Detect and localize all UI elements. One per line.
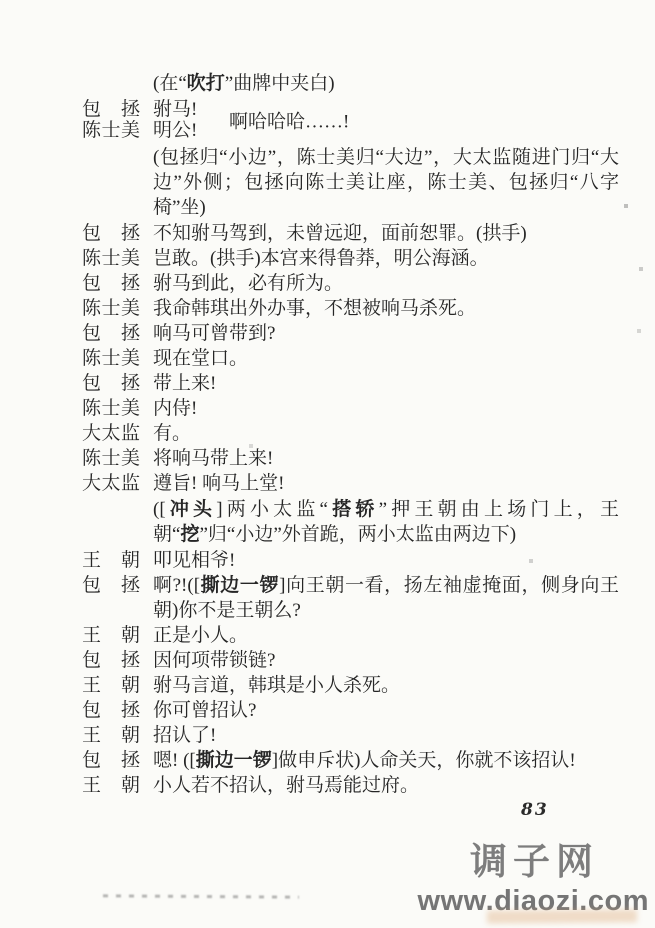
speaker-name: 陈士美 — [82, 120, 140, 141]
line-text: 将响马带上来! — [153, 446, 619, 471]
speaker-name: 陈士美 — [82, 396, 140, 421]
dialogue-line: 陈士美现在堂口。 — [0, 346, 655, 371]
line-text: 有。 — [153, 421, 619, 446]
scanned-script-page: (在“吹打”曲牌中夹白) 包拯 驸马! 陈士美 明公! 啊哈哈哈……! (包拯归… — [0, 0, 655, 928]
watermark-site-url: www.diaozi.com — [417, 886, 649, 916]
line-text: 啊?!([撕边一锣]向王朝一看，扬左袖虚掩面，侧身向王朝)你不是王朝么? — [153, 573, 619, 623]
line-text: 嗯! ([撕边一锣]做申斥状)人命关天，你就不该招认! — [153, 748, 619, 773]
line-text: 正是小人。 — [153, 623, 619, 648]
dialogue-line: 陈士美将响马带上来! — [0, 446, 655, 471]
speaker-name: 包拯 — [82, 321, 140, 346]
dialogue-line: 大太监有。 — [0, 421, 655, 446]
joint-exclamation: 啊哈哈哈……! — [229, 107, 349, 134]
opening-direction-container: (在“吹打”曲牌中夹白) — [0, 71, 655, 96]
line-text: (在“吹打”曲牌中夹白) — [153, 71, 619, 96]
scan-specks — [0, 0, 2, 2]
dialogue-line: 王朝招认了! — [0, 723, 655, 748]
dialogue-line: 王朝正是小人。 — [0, 623, 655, 648]
dialogue-line: 大太监遵旨! 响马上堂! — [0, 471, 655, 496]
dialogue-line: 包拯响马可曾带到? — [0, 321, 655, 346]
dialogue-line: 包拯啊?!([撕边一锣]向王朝一看，扬左袖虚掩面，侧身向王朝)你不是王朝么? — [0, 573, 655, 623]
line-text: 不知驸马驾到，未曾远迎，面前恕罪。(拱手) — [153, 221, 619, 246]
speaker-name: 王朝 — [82, 623, 140, 648]
watermark-site-name: 调子网 — [417, 843, 599, 882]
speaker-name: 大太监 — [82, 421, 140, 446]
line-text: 小人若不招认，驸马焉能过府。 — [153, 773, 619, 798]
speaker-name: 包拯 — [82, 648, 140, 673]
speaker-name: 包拯 — [82, 573, 140, 598]
dialogue-line: 王朝小人若不招认，驸马焉能过府。 — [0, 773, 655, 798]
speaker-name: 陈士美 — [82, 346, 140, 371]
line-text: 我命韩琪出外办事，不想被响马杀死。 — [153, 296, 619, 321]
speaker-name: 王朝 — [82, 673, 140, 698]
speaker-name: 包拯 — [82, 371, 140, 396]
line-text: 响马可曾带到? — [153, 321, 619, 346]
line-text: 现在堂口。 — [153, 346, 619, 371]
dialogue-line: 王朝叩见相爷! — [0, 548, 655, 573]
dialogue-line: 包拯带上来! — [0, 371, 655, 396]
watermark: 调子网 www.diaozi.com — [417, 843, 649, 916]
scan-artifact-line — [103, 894, 299, 898]
script-body: (包拯归“小边”，陈士美归“大边”，大太监随进门归“大边”外侧；包拯向陈士美让座… — [0, 145, 655, 798]
speaker-name: 包拯 — [82, 748, 140, 773]
duet-block: 包拯 驸马! 陈士美 明公! 啊哈哈哈……! — [0, 99, 655, 141]
speaker-name: 包拯 — [82, 271, 140, 296]
dialogue-line: 包拯因何项带锁链? — [0, 648, 655, 673]
line-text: 遵旨! 响马上堂! — [153, 471, 619, 496]
line-text: 驸马到此，必有所为。 — [153, 271, 619, 296]
line-text: 岂敢。(拱手)本宫来得鲁莽，明公海涵。 — [153, 246, 619, 271]
speaker-name: 包拯 — [82, 221, 140, 246]
line-text: ([冲头]两小太监“搭轿”押王朝由上场门上，王朝“挖”归“小边”外首跪，两小太监… — [153, 497, 619, 547]
speaker-name: 包拯 — [82, 698, 140, 723]
stage-direction: (包拯归“小边”，陈士美归“大边”，大太监随进门归“大边”外侧；包拯向陈士美让座… — [0, 145, 655, 220]
line-text: 驸马! — [153, 99, 197, 120]
line-text: 带上来! — [153, 371, 619, 396]
speaker-name: 陈士美 — [82, 446, 140, 471]
speaker-name: 大太监 — [82, 471, 140, 496]
speaker-name: 包拯 — [82, 99, 140, 120]
line-text: (包拯归“小边”，陈士美归“大边”，大太监随进门归“大边”外侧；包拯向陈士美让座… — [153, 145, 619, 220]
line-text: 驸马言道，韩琪是小人杀死。 — [153, 673, 619, 698]
dialogue-line: 陈士美岂敢。(拱手)本宫来得鲁莽，明公海涵。 — [0, 246, 655, 271]
speaker-name: 王朝 — [82, 723, 140, 748]
dialogue-line: 王朝驸马言道，韩琪是小人杀死。 — [0, 673, 655, 698]
watermark-ghost-smudge — [487, 910, 637, 924]
line-text: 因何项带锁链? — [153, 648, 619, 673]
dialogue-line: 包拯你可曾招认? — [0, 698, 655, 723]
speaker-name: 王朝 — [82, 548, 140, 573]
dialogue-line: 陈士美我命韩琪出外办事，不想被响马杀死。 — [0, 296, 655, 321]
stage-direction: (在“吹打”曲牌中夹白) — [0, 71, 655, 96]
dialogue-line: 包拯驸马到此，必有所为。 — [0, 271, 655, 296]
line-text: 招认了! — [153, 723, 619, 748]
line-text: 叩见相爷! — [153, 548, 619, 573]
script-content: (在“吹打”曲牌中夹白) 包拯 驸马! 陈士美 明公! 啊哈哈哈……! (包拯归… — [0, 70, 655, 798]
line-text: 明公! — [153, 120, 197, 141]
speaker-name: 陈士美 — [82, 296, 140, 321]
line-text: 你可曾招认? — [153, 698, 619, 723]
dialogue-line: 包拯嗯! ([撕边一锣]做申斥状)人命关天，你就不该招认! — [0, 748, 655, 773]
speaker-name: 陈士美 — [82, 246, 140, 271]
line-text: 内侍! — [153, 396, 619, 421]
page-number: 83 — [521, 800, 549, 820]
dialogue-line: 陈士美内侍! — [0, 396, 655, 421]
speaker-name: 王朝 — [82, 773, 140, 798]
stage-direction: ([冲头]两小太监“搭轿”押王朝由上场门上，王朝“挖”归“小边”外首跪，两小太监… — [0, 497, 655, 547]
dialogue-line: 包拯不知驸马驾到，未曾远迎，面前恕罪。(拱手) — [0, 221, 655, 246]
